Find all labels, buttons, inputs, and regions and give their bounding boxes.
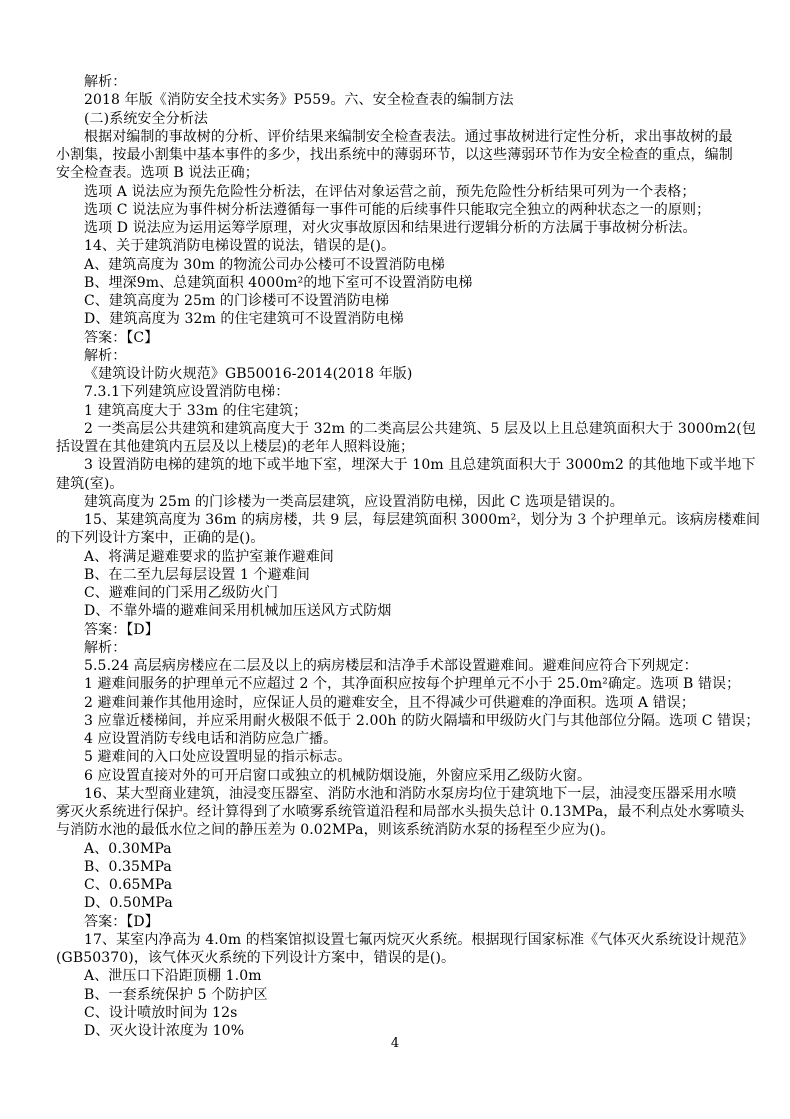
text-line: 2 避难间兼作其他用途时，应保证人员的避难安全，且不得减少可供避难的净面积。选项… bbox=[56, 694, 736, 712]
text-line: C、避难间的门采用乙级防火门 bbox=[56, 584, 736, 602]
text-line: A、将满足避难要求的监护室兼作避难间 bbox=[56, 548, 736, 566]
text-line: D、0.50MPa bbox=[56, 894, 736, 912]
text-line: 15、某建筑高度为 36m 的病房楼，共 9 层，每层建筑面积 3000m²，划… bbox=[56, 511, 736, 529]
text-line: 解析： bbox=[56, 347, 736, 365]
text-line: 2018 年版《消防安全技术实务》P559。六、安全检查表的编制方法 bbox=[56, 91, 736, 109]
text-line: 答案：【C】 bbox=[56, 329, 736, 347]
text-line: A、0.30MPa bbox=[56, 840, 736, 858]
text-line: 4 应设置消防专线电话和消防应急广播。 bbox=[56, 730, 736, 748]
text-line: (二)系统安全分析法 bbox=[56, 110, 736, 128]
text-line: 1 避难间服务的护理单元不应超过 2 个，其净面积应按每个护理单元不小于 25.… bbox=[56, 675, 736, 693]
text-line: A、泄压口下沿距顶棚 1.0m bbox=[56, 967, 736, 985]
text-line: 建筑(室)。 bbox=[56, 475, 736, 493]
text-line: 《建筑设计防火规范》GB50016-2014(2018 年版) bbox=[56, 365, 736, 383]
text-line: C、设计喷放时间为 12s bbox=[56, 1004, 736, 1022]
text-line: B、埋深9m、总建筑面积 4000m²的地下室可不设置消防电梯 bbox=[56, 274, 736, 292]
document-page: 解析：2018 年版《消防安全技术实务》P559。六、安全检查表的编制方法(二)… bbox=[0, 0, 790, 1119]
text-line: C、建筑高度为 25m 的门诊楼可不设置消防电梯 bbox=[56, 292, 736, 310]
text-line: B、在二至九层每层设置 1 个避难间 bbox=[56, 566, 736, 584]
text-line: 答案：【D】 bbox=[56, 621, 736, 639]
text-line: 建筑高度为 25m 的门诊楼为一类高层建筑，应设置消防电梯，因此 C 选项是错误… bbox=[56, 493, 736, 511]
text-line: 3 应靠近楼梯间，并应采用耐火极限不低于 2.00h 的防火隔墙和甲级防火门与其… bbox=[56, 712, 736, 730]
text-line: C、0.65MPa bbox=[56, 876, 736, 894]
text-line: 选项 A 说法应为预先危险性分析法，在评估对象运营之前，预先危险性分析结果可列为… bbox=[56, 183, 736, 201]
text-line: 3 设置消防电梯的建筑的地下或半地下室，埋深大于 10m 且总建筑面积大于 30… bbox=[56, 456, 736, 474]
text-line: 解析： bbox=[56, 639, 736, 657]
text-line: 5 避难间的入口处应设置明显的指示标志。 bbox=[56, 748, 736, 766]
text-line: A、建筑高度为 30m 的物流公司办公楼可不设置消防电梯 bbox=[56, 256, 736, 274]
text-line: D、不靠外墙的避难间采用机械加压送风方式防烟 bbox=[56, 602, 736, 620]
text-line: 与消防水池的最低水位之间的静压差为 0.02MPa，则该系统消防水泵的扬程至少应… bbox=[56, 821, 736, 839]
text-line: B、0.35MPa bbox=[56, 858, 736, 876]
text-line: 小割集，按最小割集中基本事件的多少，找出系统中的薄弱环节，以这些薄弱环节作为安全… bbox=[56, 146, 736, 164]
text-line: 雾灭火系统进行保护。经计算得到了水喷雾系统管道沿程和局部水头损失总计 0.13M… bbox=[56, 803, 736, 821]
text-line: 答案：【D】 bbox=[56, 913, 736, 931]
page-number: 4 bbox=[0, 1036, 790, 1052]
text-line: 解析： bbox=[56, 73, 736, 91]
text-line: 的下列设计方案中，正确的是()。 bbox=[56, 529, 736, 547]
text-line: 选项 D 说法应为运用运筹学原理，对火灾事故原因和结果进行逻辑分析的方法属于事故… bbox=[56, 219, 736, 237]
text-line: B、一套系统保护 5 个防护区 bbox=[56, 986, 736, 1004]
text-line: 根据对编制的事故树的分析、评价结果来编制安全检查表法。通过事故树进行定性分析，求… bbox=[56, 128, 736, 146]
text-line: 7.3.1下列建筑应设置消防电梯： bbox=[56, 383, 736, 401]
text-line: D、建筑高度为 32m 的住宅建筑可不设置消防电梯 bbox=[56, 310, 736, 328]
page-text: 解析：2018 年版《消防安全技术实务》P559。六、安全检查表的编制方法(二)… bbox=[56, 73, 736, 1040]
text-line: 安全检查表。选项 B 说法正确； bbox=[56, 164, 736, 182]
text-line: 6 应设置直接对外的可开启窗口或独立的机械防烟设施，外窗应采用乙级防火窗。 bbox=[56, 767, 736, 785]
text-line: (GB50370)，该气体灭火系统的下列设计方案中，错误的是()。 bbox=[56, 949, 736, 967]
text-line: 14、关于建筑消防电梯设置的说法，错误的是()。 bbox=[56, 237, 736, 255]
text-line: 17、某室内净高为 4.0m 的档案馆拟设置七氟丙烷灭火系统。根据现行国家标准《… bbox=[56, 931, 736, 949]
text-line: 括设置在其他建筑内五层及以上楼层)的老年人照料设施； bbox=[56, 438, 736, 456]
text-line: 选项 C 说法应为事件树分析法遵循每一事件可能的后续事件只能取完全独立的两种状态… bbox=[56, 201, 736, 219]
text-line: 1 建筑高度大于 33m 的住宅建筑； bbox=[56, 402, 736, 420]
text-line: 5.5.24 高层病房楼应在二层及以上的病房楼层和洁净手术部设置避难间。避难间应… bbox=[56, 657, 736, 675]
text-line: 16、某大型商业建筑，油浸变压器室、消防水池和消防水泵房均位于建筑地下一层，油浸… bbox=[56, 785, 736, 803]
text-line: 2 一类高层公共建筑和建筑高度大于 32m 的二类高层公共建筑、5 层及以上且总… bbox=[56, 420, 736, 438]
